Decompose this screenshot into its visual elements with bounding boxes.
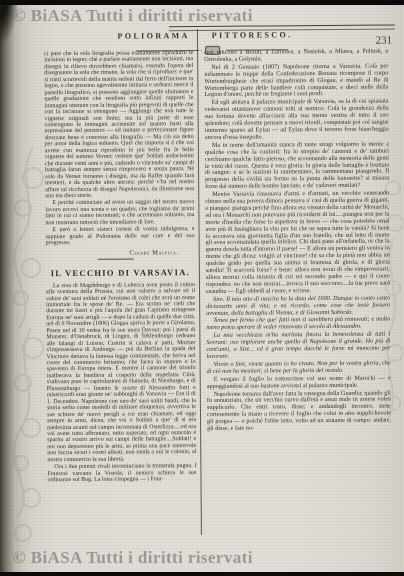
paragraph: Ora i due potenti rivali incominciano la… — [47, 463, 196, 484]
letter-paragraph: Vivete o Sire, vivete quanto io ho vivut… — [207, 360, 391, 375]
left-column: ci pare che la sola litografia possa esa… — [44, 50, 196, 485]
paragraph: E però o lettori siateci cortesi di vost… — [46, 226, 195, 247]
letter-paragraph: Sire. Il mio atto di nascita ha la data … — [206, 295, 390, 317]
masthead: POLIORAMA PITTORESCO. — [43, 30, 367, 42]
column-divider-rule — [197, 29, 202, 535]
paragraph: E vergato il foglio lo sottoscrisse col … — [207, 375, 391, 390]
paragraph: Ma in nome dell'umanità stanca di tante … — [205, 141, 389, 191]
right-column: cesi vincono a Bezun, a Zarnowa, a Nasie… — [204, 49, 391, 434]
ornament-chevron-left-icon: ‹ — [201, 47, 203, 53]
scanned-content: POLIORAMA PITTORESCO. 231 ‹ › ci pare ch… — [0, 3, 402, 573]
paragraph: cesi vincono a Bezun, a Zarnowa, a Nasie… — [204, 49, 388, 64]
paragraph: Ed egli abitava il palazzo municipale di… — [205, 99, 389, 142]
letter-paragraph: Tenea per fermo che que' fatti non si sa… — [206, 317, 390, 332]
paragraph: E perchè cominciate ad avere un saggio d… — [45, 199, 194, 226]
paragraph: Mentre Varsavia risuonava d'armi e d'arm… — [205, 191, 390, 296]
paragraph: Napoleone tornava dall'aver fatta la ras… — [207, 390, 391, 433]
signature-rule — [98, 258, 134, 259]
masthead-title-left: POLIORAMA — [117, 31, 189, 41]
quoted-letter: Sire. Il mio atto di nascita ha la data … — [206, 295, 391, 375]
paragraph: ci pare che la sola litografia possa esa… — [44, 50, 194, 200]
paragraph: La resa di Magdeburgo e di Lubecca avea … — [46, 282, 196, 464]
scanned-page: { "watermark": { "top": "© BiASA Tutti i… — [0, 0, 404, 576]
masthead-title-right: PITTORESCO. — [212, 30, 293, 40]
section-title: IL VECCHIO DI VARSAVIA. — [46, 267, 195, 278]
watermark-top: © BiASA Tutti i diritti riservati — [13, 6, 253, 26]
letter-paragraph: La mia vecchiezza m'ha meritata finora l… — [206, 332, 390, 361]
page-number: 231 — [350, 34, 392, 46]
paragraph: Nel dì 2 Gennaio (1807) Napoleone ritorn… — [204, 63, 388, 99]
watermark-bottom: © BiASA Tutti i diritti riservati — [13, 548, 253, 568]
scan-edge-bar-bottom — [0, 572, 404, 576]
scan-edge-bar-top — [0, 0, 404, 5]
author-signature: Cesare Malpica. — [46, 249, 195, 257]
